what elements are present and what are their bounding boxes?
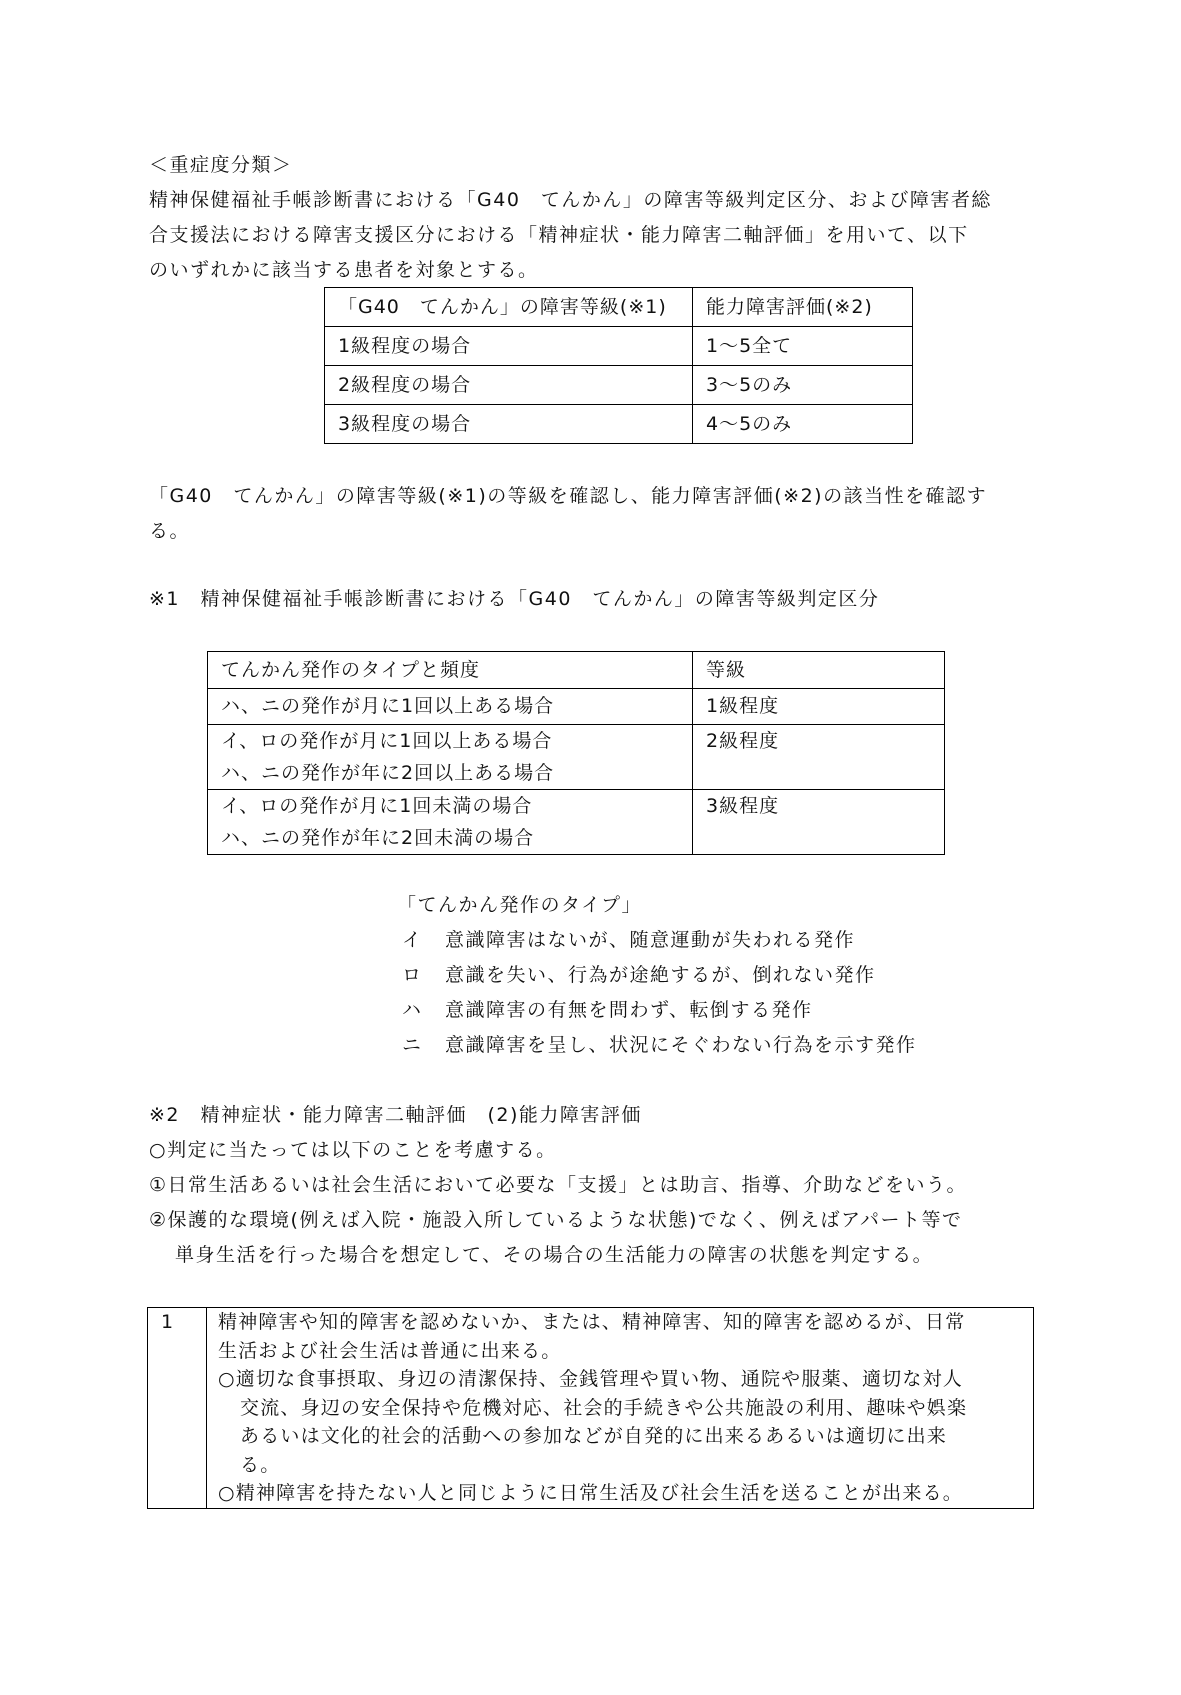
seizure-type-item: イ意識障害はないが、随意運動が失われる発作 bbox=[397, 928, 855, 952]
description-line: 精神障害や知的障害を認めないか、または、精神障害、知的障害を認めるが、日常 bbox=[218, 1308, 1033, 1337]
condition-line: イ、ロの発作が月に1回以上ある場合 bbox=[221, 725, 692, 757]
table-cell: 1級程度の場合 bbox=[325, 327, 693, 366]
note1-title: ※1 精神保健福祉手帳診断書における「G40 てんかん」の障害等級判定区分 bbox=[149, 587, 879, 611]
table-row: 1 精神障害や知的障害を認めないか、または、精神障害、知的障害を認めるが、日常 … bbox=[148, 1308, 1034, 1509]
bullet-line: あるいは文化的社会的活動への参加などが自発的に出来るあるいは適切に出来 bbox=[218, 1422, 1033, 1451]
confirm-line: 「G40 てんかん」の障害等級(※1)の等級を確認し、能力障害評価(※2)の該当… bbox=[149, 484, 987, 508]
table-cell: 1～5全て bbox=[693, 327, 913, 366]
table-cell: 4～5のみ bbox=[693, 405, 913, 444]
table-row: ハ、ニの発作が月に1回以上ある場合 1級程度 bbox=[208, 689, 945, 725]
intro-line: 精神保健福祉手帳診断書における「G40 てんかん」の障害等級判定区分、および障害… bbox=[149, 188, 992, 212]
bullet-line: る。 bbox=[218, 1451, 1033, 1480]
condition-line: ハ、ニの発作が年に2回以上ある場合 bbox=[221, 757, 692, 789]
seizure-type-text: 意識障害はないが、随意運動が失われる発作 bbox=[445, 929, 855, 951]
level-description-cell: 精神障害や知的障害を認めないか、または、精神障害、知的障害を認めるが、日常 生活… bbox=[207, 1308, 1034, 1509]
seizure-type-item: ロ意識を失い、行為が途絶するが、倒れない発作 bbox=[397, 963, 876, 987]
seizure-type-item: ハ意識障害の有無を問わず、転倒する発作 bbox=[397, 998, 812, 1022]
seizure-grade-table: てんかん発作のタイプと頻度 等級 ハ、ニの発作が月に1回以上ある場合 1級程度 … bbox=[207, 651, 945, 855]
bullet-line: 交流、身辺の安全保持や危機対応、社会的手続きや公共施設の利用、趣味や娯楽 bbox=[218, 1394, 1033, 1423]
seizure-type-text: 意識を失い、行為が途絶するが、倒れない発作 bbox=[445, 964, 876, 986]
level-number-cell: 1 bbox=[148, 1308, 207, 1509]
table-cell: 3～5のみ bbox=[693, 366, 913, 405]
note2-line: ①日常生活あるいは社会生活において必要な「支援」とは助言、指導、介助などをいう。 bbox=[149, 1173, 967, 1197]
table-header-row: 「G40 てんかん」の障害等級(※1) 能力障害評価(※2) bbox=[325, 288, 913, 327]
table-cell: 1級程度 bbox=[693, 689, 945, 725]
condition-line: ハ、ニの発作が年に2回未満の場合 bbox=[221, 822, 692, 854]
bullet-line: ○精神障害を持たない人と同じように日常生活及び社会生活を送ることが出来る。 bbox=[218, 1479, 1033, 1508]
intro-line: 合支援法における障害支援区分における「精神症状・能力障害二軸評価」を用いて、以下 bbox=[149, 223, 969, 247]
table-row: 2級程度の場合 3～5のみ bbox=[325, 366, 913, 405]
section-heading: ＜重症度分類＞ bbox=[149, 153, 293, 177]
seizure-type-text: 意識障害を呈し、状況にそぐわない行為を示す発作 bbox=[445, 1034, 917, 1056]
table-row: イ、ロの発作が月に1回以上ある場合 ハ、ニの発作が年に2回以上ある場合 2級程度 bbox=[208, 725, 945, 790]
seizure-type-label: イ bbox=[397, 928, 445, 952]
seizure-type-label: ロ bbox=[397, 963, 445, 987]
intro-line: のいずれかに該当する患者を対象とする。 bbox=[149, 258, 539, 282]
table-cell: 3級程度 bbox=[693, 790, 945, 855]
table-row: イ、ロの発作が月に1回未満の場合 ハ、ニの発作が年に2回未満の場合 3級程度 bbox=[208, 790, 945, 855]
note2-line: 単身生活を行った場合を想定して、その場合の生活能力の障害の状態を判定する。 bbox=[175, 1243, 933, 1267]
table-cell: 2級程度 bbox=[693, 725, 945, 790]
table-cell: イ、ロの発作が月に1回以上ある場合 ハ、ニの発作が年に2回以上ある場合 bbox=[208, 725, 693, 790]
seizure-type-label: ニ bbox=[397, 1033, 445, 1057]
table-cell: イ、ロの発作が月に1回未満の場合 ハ、ニの発作が年に2回未満の場合 bbox=[208, 790, 693, 855]
note2-line: ○判定に当たっては以下のことを考慮する。 bbox=[149, 1138, 557, 1162]
seizure-types-title: 「てんかん発作のタイプ」 bbox=[397, 893, 642, 917]
table-header-cell: てんかん発作のタイプと頻度 bbox=[208, 652, 693, 689]
seizure-type-text: 意識障害の有無を問わず、転倒する発作 bbox=[445, 999, 812, 1021]
table-header-cell: 能力障害評価(※2) bbox=[693, 288, 913, 327]
table-row: 3級程度の場合 4～5のみ bbox=[325, 405, 913, 444]
description-line: 生活および社会生活は普通に出来る。 bbox=[218, 1337, 1033, 1366]
table-cell: 2級程度の場合 bbox=[325, 366, 693, 405]
condition-line: イ、ロの発作が月に1回未満の場合 bbox=[221, 790, 692, 822]
table-cell: ハ、ニの発作が月に1回以上ある場合 bbox=[208, 689, 693, 725]
ability-level-table: 1 精神障害や知的障害を認めないか、または、精神障害、知的障害を認めるが、日常 … bbox=[147, 1307, 1034, 1509]
grade-criteria-table: 「G40 てんかん」の障害等級(※1) 能力障害評価(※2) 1級程度の場合 1… bbox=[324, 287, 913, 444]
note2-title: ※2 精神症状・能力障害二軸評価 (2)能力障害評価 bbox=[149, 1103, 642, 1127]
table-header-cell: 等級 bbox=[693, 652, 945, 689]
seizure-type-label: ハ bbox=[397, 998, 445, 1022]
confirm-line: る。 bbox=[149, 519, 190, 543]
table-cell: 3級程度の場合 bbox=[325, 405, 693, 444]
note2-line: ②保護的な環境(例えば入院・施設入所しているような状態)でなく、例えばアパート等… bbox=[149, 1208, 962, 1232]
bullet-line: ○適切な食事摂取、身辺の清潔保持、金銭管理や買い物、通院や服薬、適切な対人 bbox=[218, 1365, 1033, 1394]
table-row: 1級程度の場合 1～5全て bbox=[325, 327, 913, 366]
table-header-row: てんかん発作のタイプと頻度 等級 bbox=[208, 652, 945, 689]
table-header-cell: 「G40 てんかん」の障害等級(※1) bbox=[325, 288, 693, 327]
seizure-type-item: ニ意識障害を呈し、状況にそぐわない行為を示す発作 bbox=[397, 1033, 917, 1057]
